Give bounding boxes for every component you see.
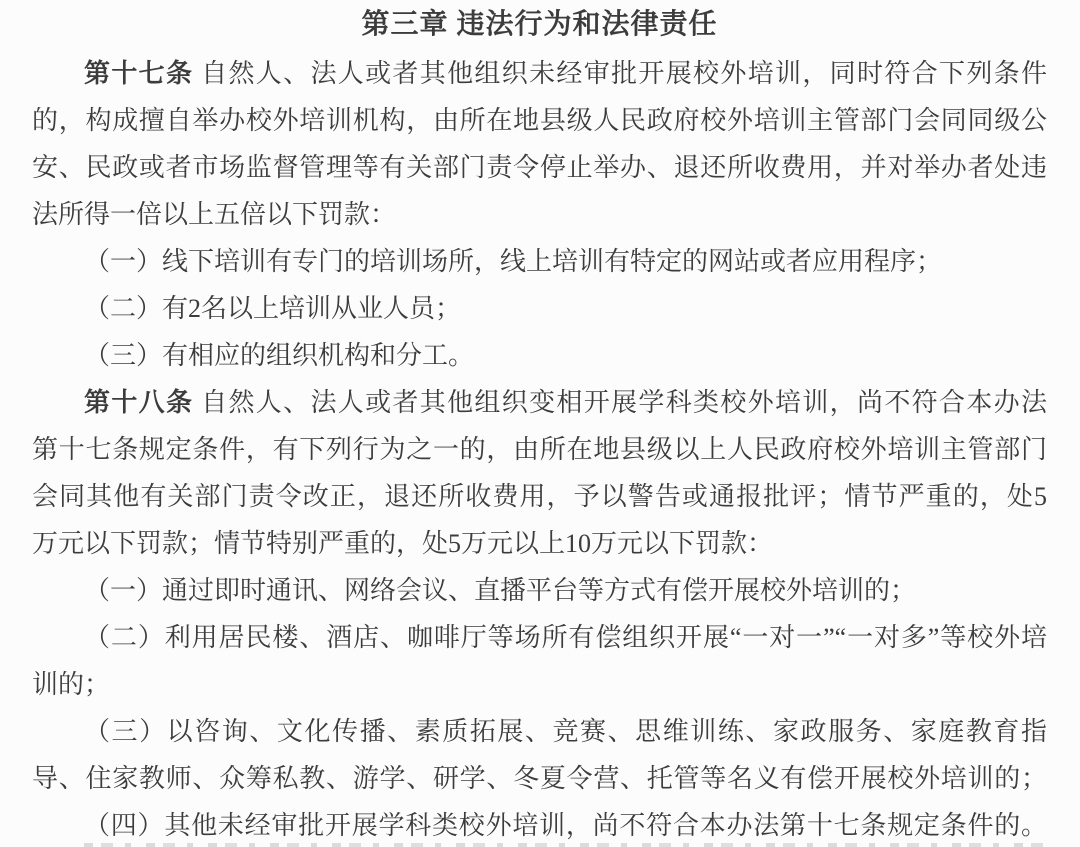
line-text: （二）有2名以上培训从业人员；: [84, 294, 461, 323]
document-line: （一）通过即时通讯、网络会议、直播平台等方式有偿开展校外培训的；: [32, 567, 1047, 614]
line-text: 法所得一倍以上五倍以下罚款：: [32, 200, 396, 229]
line-text: 安、民政或者市场监督管理等有关部门责令停止举办、退还所收费用，并对举办者处违: [32, 153, 1047, 182]
document-line: 第十七条 自然人、法人或者其他组织未经审批开展校外培训，同时符合下列条件: [32, 50, 1047, 97]
document-line: 会同其他有关部门责令改正，退还所收费用，予以警告或通报批评；情节严重的，处5: [32, 473, 1047, 520]
line-text: 导、住家教师、众筹私教、游学、研学、冬夏令营、托管等名义有偿开展校外培训的；: [32, 764, 1047, 793]
line-text: （三）有相应的组织机构和分工。: [84, 341, 474, 370]
document-line: 导、住家教师、众筹私教、游学、研学、冬夏令营、托管等名义有偿开展校外培训的；: [32, 755, 1047, 802]
article-number: 第十七条: [84, 59, 193, 88]
cutoff-next-line: [84, 843, 1047, 847]
line-text: （二）利用居民楼、酒店、咖啡厅等场所有偿组织开展“一对一”“一对多”等校外培: [84, 623, 1047, 652]
document-line: 万元以下罚款；情节特别严重的，处5万元以上10万元以下罚款：: [32, 520, 1047, 567]
document-line: 训的；: [32, 661, 1047, 708]
document-line: 法所得一倍以上五倍以下罚款：: [32, 191, 1047, 238]
document-line: （二）有2名以上培训从业人员；: [32, 285, 1047, 332]
line-text: 会同其他有关部门责令改正，退还所收费用，予以警告或通报批评；情节严重的，处5: [32, 482, 1047, 511]
document-line: （三）有相应的组织机构和分工。: [32, 332, 1047, 379]
document-line: 的，构成擅自举办校外培训机构，由所在地县级人民政府校外培训主管部门会同同级公: [32, 97, 1047, 144]
line-text: （三）以咨询、文化传播、素质拓展、竞赛、思维训练、家政服务、家庭教育指: [84, 717, 1047, 746]
document-line: （三）以咨询、文化传播、素质拓展、竞赛、思维训练、家政服务、家庭教育指: [32, 708, 1047, 755]
line-text: 自然人、法人或者其他组织未经审批开展校外培训，同时符合下列条件: [193, 59, 1047, 88]
line-text: （四）其他未经审批开展学科类校外培训，尚不符合本办法第十七条规定条件的。: [84, 811, 1047, 840]
document-line: 第十八条 自然人、法人或者其他组织变相开展学科类校外培训，尚不符合本办法: [32, 379, 1047, 426]
document-body: 第十七条 自然人、法人或者其他组织未经审批开展校外培训，同时符合下列条件的，构成…: [32, 50, 1047, 847]
line-text: （一）通过即时通讯、网络会议、直播平台等方式有偿开展校外培训的；: [84, 576, 916, 605]
document-line: （二）利用居民楼、酒店、咖啡厅等场所有偿组织开展“一对一”“一对多”等校外培: [32, 614, 1047, 661]
document-line: （一）线下培训有专门的培训场所，线上培训有特定的网站或者应用程序；: [32, 238, 1047, 285]
line-text: 第十七条规定条件，有下列行为之一的，由所在地县级以上人民政府校外培训主管部门: [32, 435, 1047, 464]
line-text: 的，构成擅自举办校外培训机构，由所在地县级人民政府校外培训主管部门会同同级公: [32, 106, 1047, 135]
document-line: 第十七条规定条件，有下列行为之一的，由所在地县级以上人民政府校外培训主管部门: [32, 426, 1047, 473]
article-number: 第十八条: [84, 388, 193, 417]
document-line: （四）其他未经审批开展学科类校外培训，尚不符合本办法第十七条规定条件的。: [32, 802, 1047, 847]
line-text: 自然人、法人或者其他组织变相开展学科类校外培训，尚不符合本办法: [193, 388, 1047, 417]
line-text: 训的；: [32, 670, 110, 699]
line-text: 万元以下罚款；情节特别严重的，处5万元以上10万元以下罚款：: [32, 529, 773, 558]
chapter-title: 第三章 违法行为和法律责任: [32, 0, 1047, 50]
document-line: 安、民政或者市场监督管理等有关部门责令停止举办、退还所收费用，并对举办者处违: [32, 144, 1047, 191]
document-page: 第三章 违法行为和法律责任 第十七条 自然人、法人或者其他组织未经审批开展校外培…: [0, 0, 1080, 847]
line-text: （一）线下培训有专门的培训场所，线上培训有特定的网站或者应用程序；: [84, 247, 942, 276]
